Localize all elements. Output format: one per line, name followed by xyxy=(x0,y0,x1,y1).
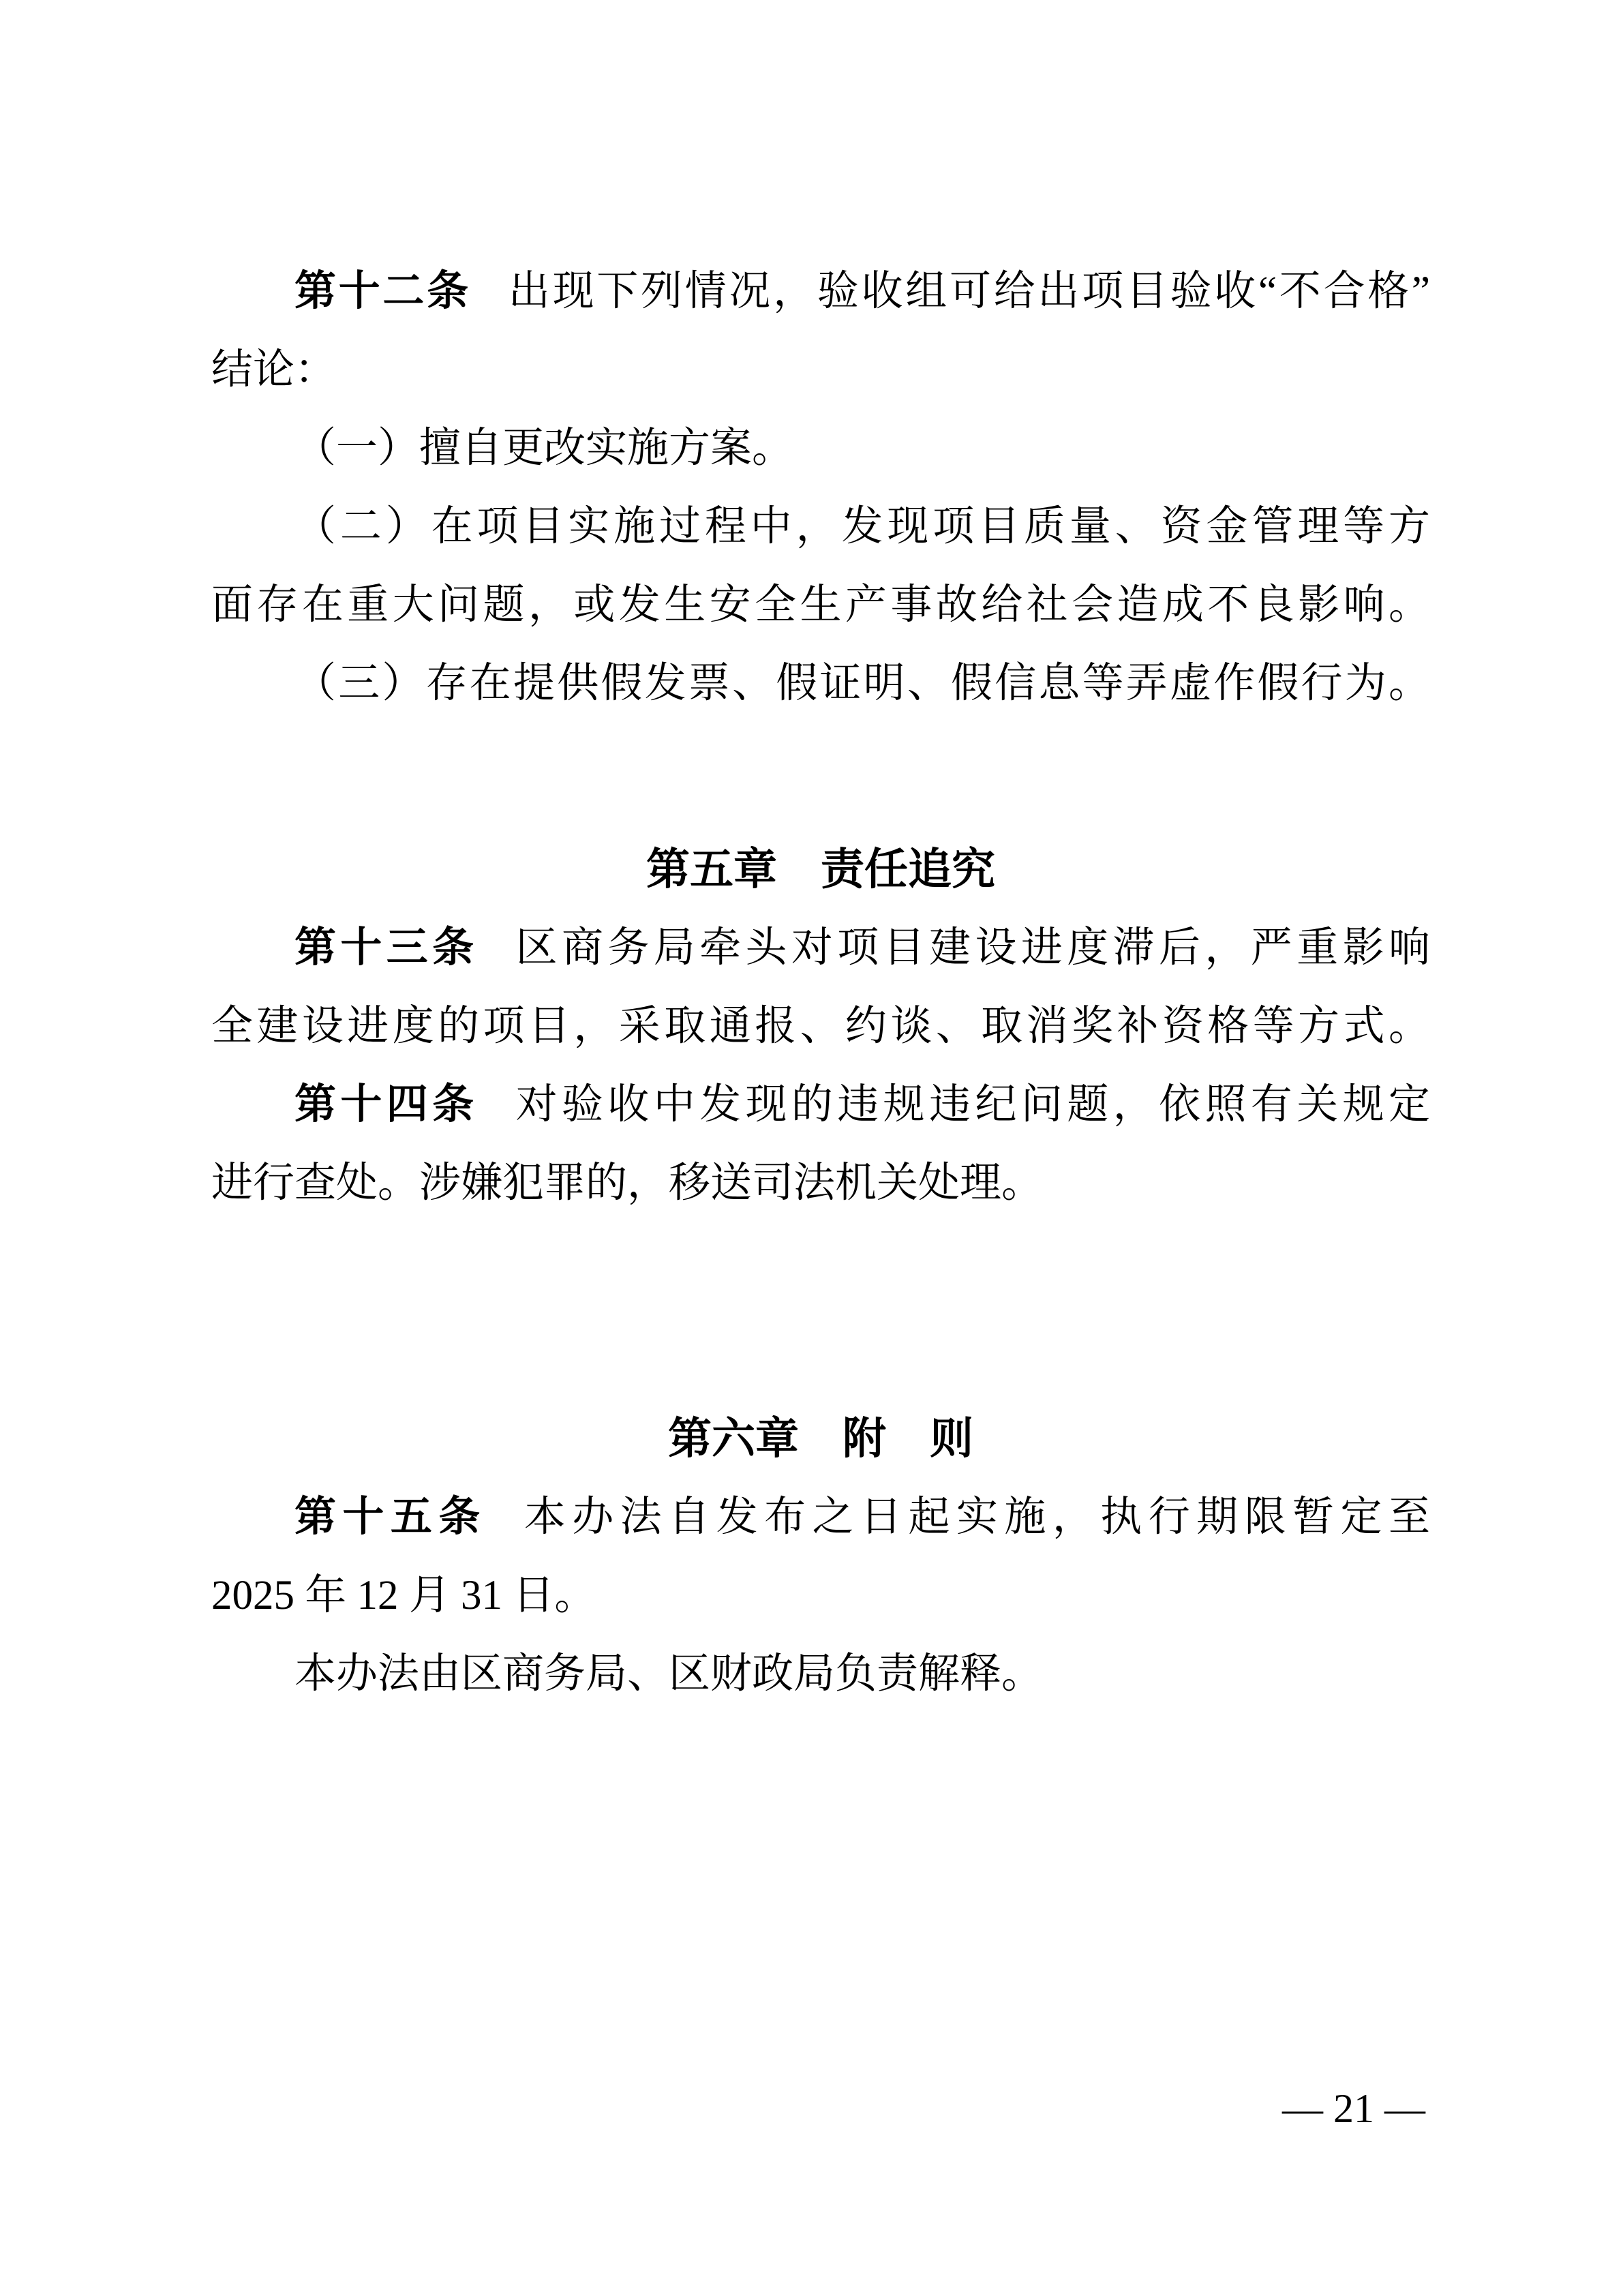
chapter-5-heading: 第五章 责任追究 xyxy=(211,830,1430,909)
article-15-line-1: 第十五条本办法自发布之日起实施，执行期限暂定至 xyxy=(211,1478,1430,1556)
article-13-line-2: 全建设进度的项目，采取通报、约谈、取消奖补资格等方式。 xyxy=(211,987,1430,1066)
item-2-line-1: （二）在项目实施过程中，发现项目质量、资金管理等方 xyxy=(211,487,1430,566)
document-body: 第十二条出现下列情况，验收组可给出项目验收“不合格” 结论： （一）擅自更改实施… xyxy=(211,252,1430,1713)
document-page: 第十二条出现下列情况，验收组可给出项目验收“不合格” 结论： （一）擅自更改实施… xyxy=(0,0,1623,2296)
article-15-line-2: 2025 年 12 月 31 日。 xyxy=(211,1556,1430,1635)
article-13-text: 区商务局牵头对项目建设进度滞后，严重影响 xyxy=(516,925,1430,971)
article-13-line-1: 第十三条区商务局牵头对项目建设进度滞后，严重影响 xyxy=(211,909,1430,987)
article-14-number: 第十四条 xyxy=(294,1082,479,1128)
article-15-number: 第十五条 xyxy=(294,1494,487,1540)
article-14-text: 对验收中发现的违规违纪问题，依照有关规定 xyxy=(516,1082,1430,1128)
article-12-line-2: 结论： xyxy=(211,331,1430,409)
article-14-line-1: 第十四条对验收中发现的违规违纪问题，依照有关规定 xyxy=(211,1066,1430,1144)
article-12-line-1: 第十二条出现下列情况，验收组可给出项目验收“不合格” xyxy=(211,252,1430,331)
article-15-text: 本办法自发布之日起实施，执行期限暂定至 xyxy=(524,1494,1430,1540)
item-3-line: （三）存在提供假发票、假证明、假信息等弄虚作假行为。 xyxy=(211,644,1430,723)
chapter-6-heading: 第六章 附 则 xyxy=(211,1400,1430,1478)
article-13-number: 第十三条 xyxy=(294,925,479,971)
item-2-line-2: 面存在重大问题，或发生安全生产事故给社会造成不良影响。 xyxy=(211,566,1430,644)
article-12-number: 第十二条 xyxy=(294,269,471,314)
article-14-line-2: 进行查处。涉嫌犯罪的，移送司法机关处理。 xyxy=(211,1144,1430,1222)
closing-line: 本办法由区商务局、区财政局负责解释。 xyxy=(211,1635,1430,1713)
item-1-line: （一）擅自更改实施方案。 xyxy=(211,409,1430,487)
page-number: — 21 — xyxy=(1282,2085,1425,2132)
article-12-text: 出现下列情况，验收组可给出项目验收“不合格” xyxy=(509,269,1430,314)
